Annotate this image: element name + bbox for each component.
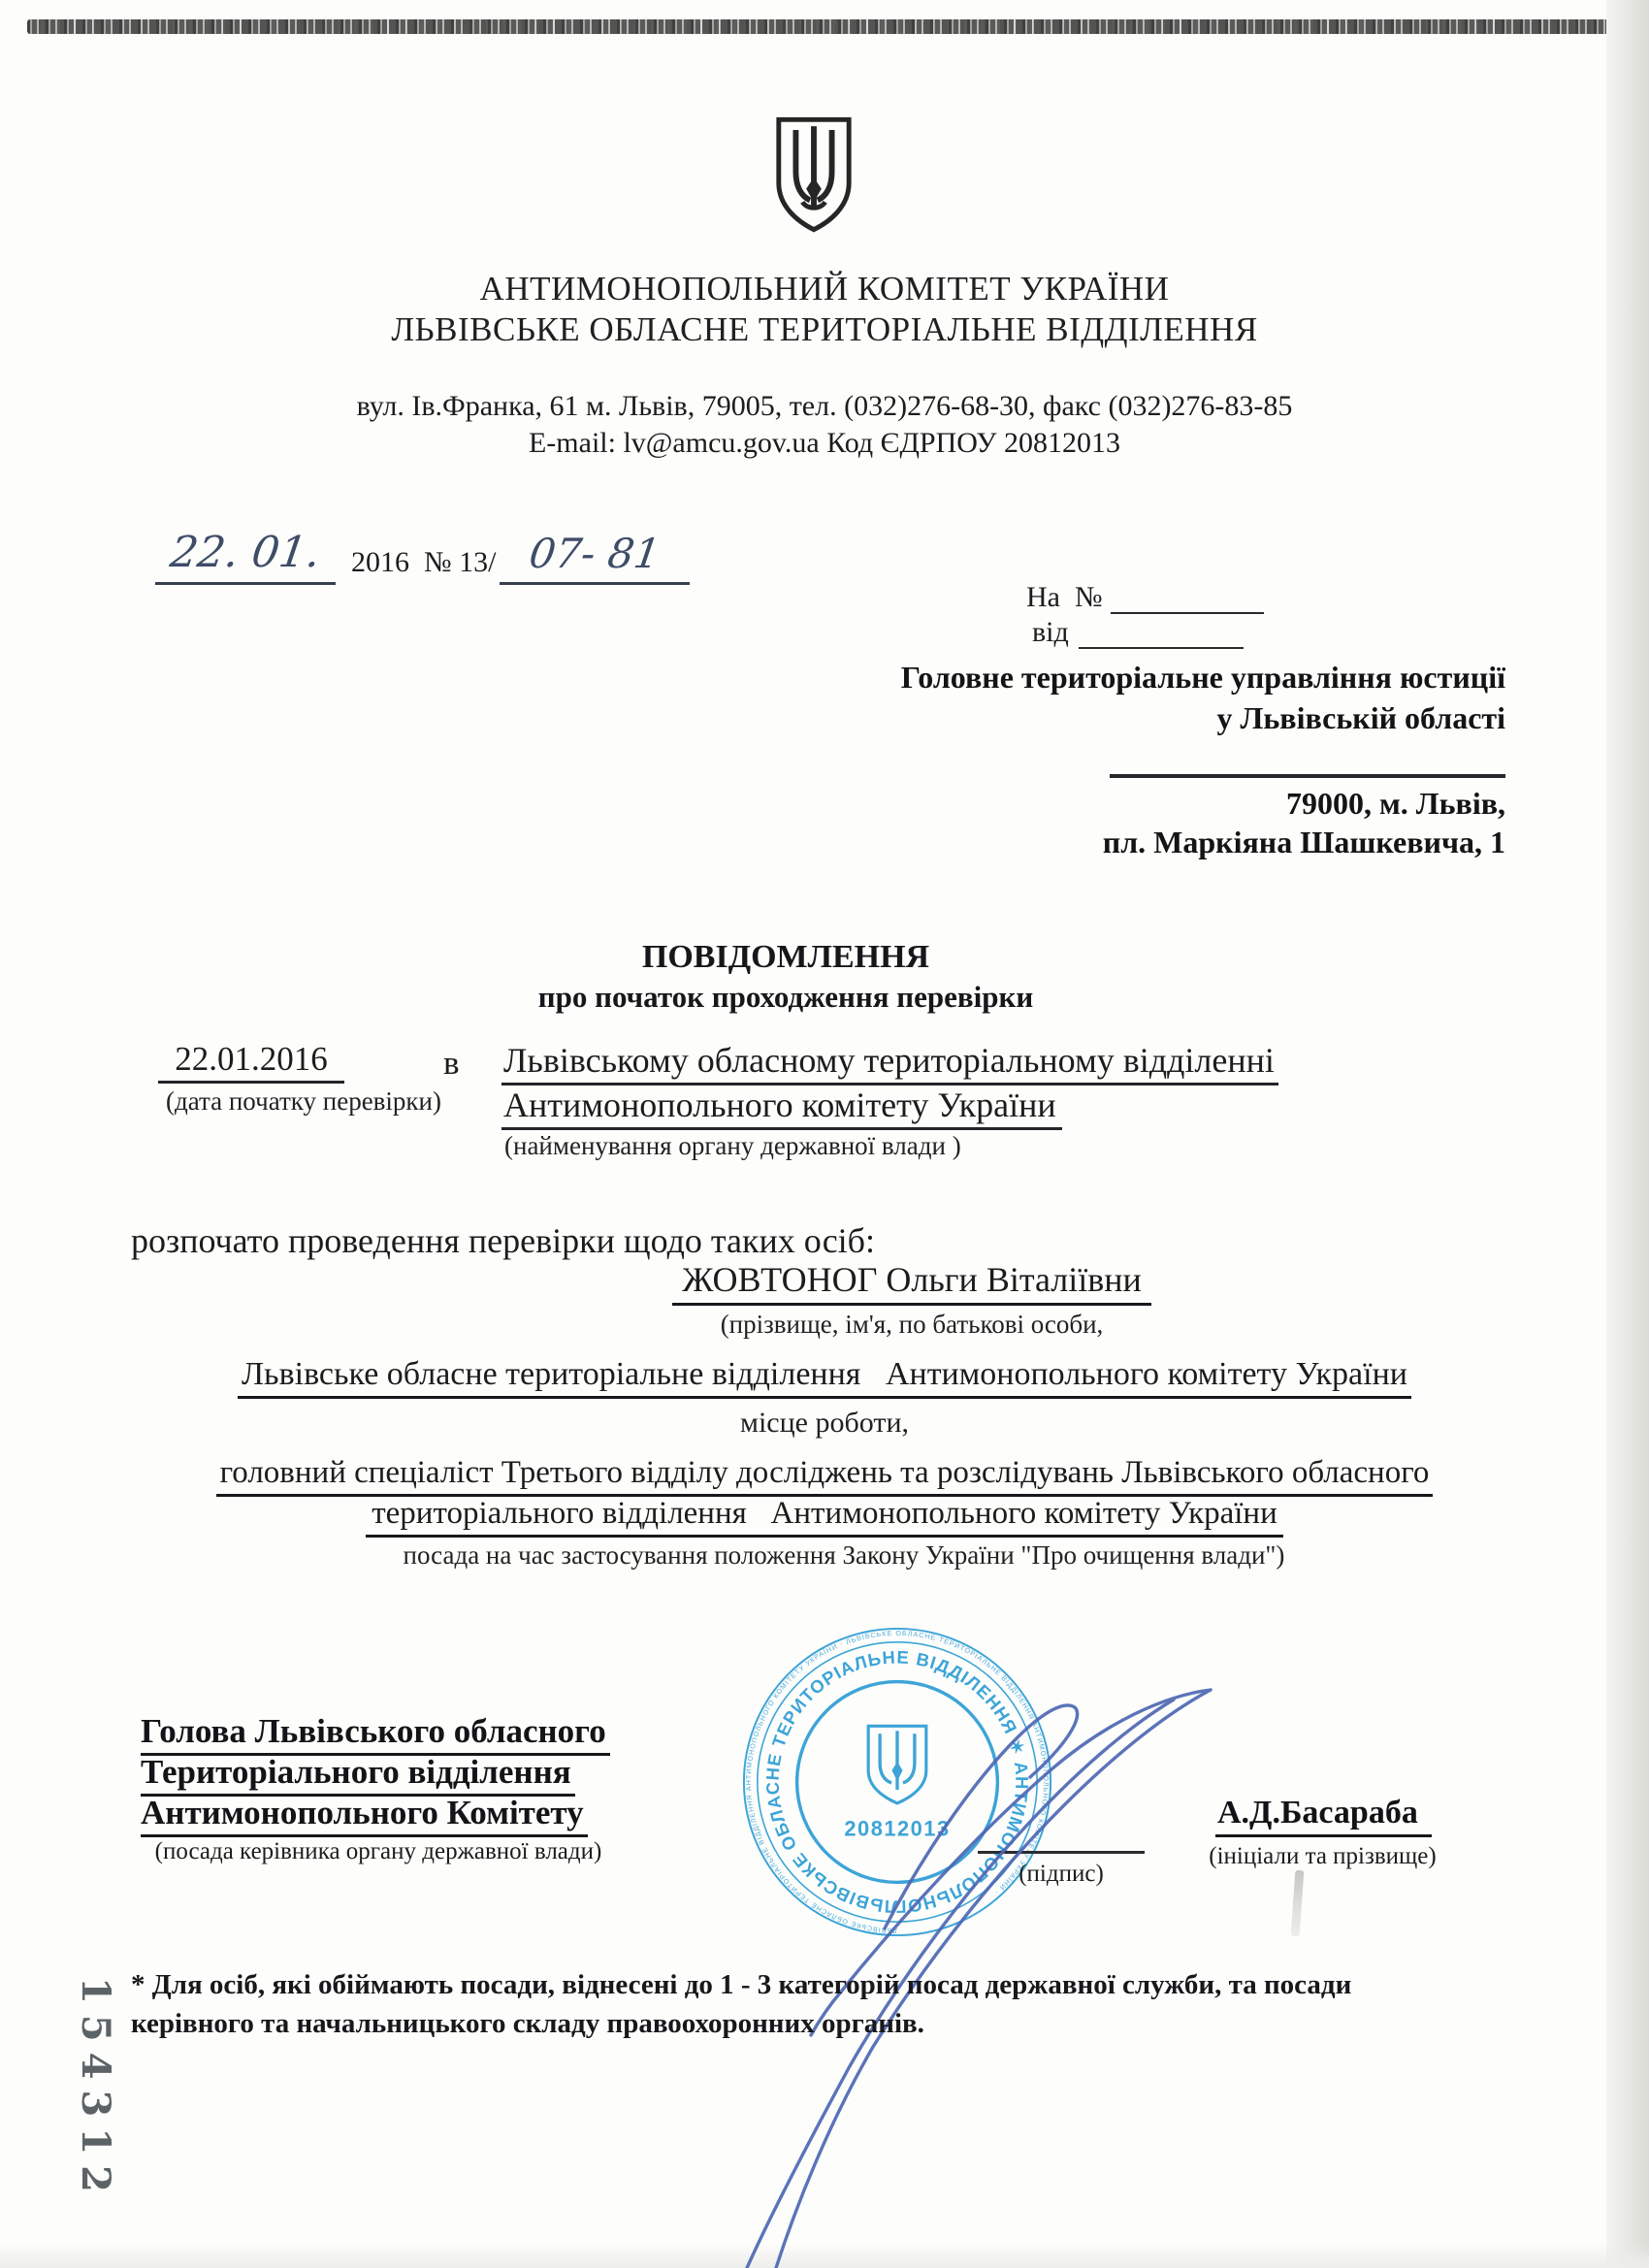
position-line1: головний спеціаліст Третього відділу дос… xyxy=(216,1455,1434,1497)
official-round-stamp: ЛЬВІВСЬКЕ ОБЛАСНЕ ТЕРИТОРІАЛЬНЕ ВІДДІЛЕН… xyxy=(733,1618,1061,1946)
caption-person: (прізвище, ім'я, по батькові особи, xyxy=(233,1310,1591,1340)
position-line1-wrap: головний спеціаліст Третього відділу дос… xyxy=(97,1455,1552,1497)
head-position-line3: Антимонопольного Комітету xyxy=(141,1794,588,1837)
caption-head-position: (посада керівника органу державної влади… xyxy=(145,1838,611,1865)
position-line2: територіального відділення Антимонопольн… xyxy=(366,1496,1283,1538)
organ-name-line2: Антимонопольного комітету України xyxy=(501,1085,1062,1130)
scan-smudge xyxy=(1291,1870,1305,1936)
caption-signer-name: (ініціали та прізвище) xyxy=(1209,1843,1437,1870)
ukraine-trident-emblem-icon xyxy=(771,114,857,235)
recipient-line4: пл. Маркіяна Шашкевича, 1 xyxy=(729,825,1505,860)
head-position-line2: Територіального відділення xyxy=(141,1753,575,1797)
outgoing-date-field: 22. 01. xyxy=(155,534,336,585)
handwritten-number: 07- 81 xyxy=(526,530,663,577)
caption-organ-name: (найменування органу державної влади ) xyxy=(504,1131,961,1161)
scan-artifact-bottom-edge xyxy=(0,2243,1649,2268)
organ-name-line1: Львівському обласному територіальному ві… xyxy=(501,1040,1278,1085)
caption-workplace: місце роботи, xyxy=(0,1407,1649,1440)
org-name-line2: ЛЬВІВСЬКЕ ОБЛАСНЕ ТЕРИТОРІАЛЬНЕ ВІДДІЛЕН… xyxy=(0,310,1649,349)
workplace: Львівське обласне територіальне відділен… xyxy=(238,1356,1411,1399)
org-name-line1: АНТИМОНОПОЛЬНИЙ КОМІТЕТ УКРАЇНИ xyxy=(0,270,1649,308)
outgoing-number-field: 07- 81 xyxy=(500,534,690,585)
footnote-line1: * Для осіб, які обіймають посади, віднес… xyxy=(131,1969,1528,2001)
stamp-edrpou-code: 20812013 xyxy=(844,1817,950,1841)
recipient-line3: 79000, м. Львів, xyxy=(729,786,1505,822)
preposition-v: в xyxy=(443,1044,460,1083)
document-subtitle: про початок проходження перевірки xyxy=(0,980,1571,1015)
outgoing-number-typed: 2016 № 13/ xyxy=(351,546,496,579)
recipient-divider xyxy=(1110,774,1505,778)
recipient-line2: у Львівській області xyxy=(729,700,1505,736)
head-position-line1-wrap: Голова Львівського обласного xyxy=(141,1712,610,1756)
head-position-line1: Голова Львівського обласного xyxy=(141,1712,610,1756)
handwritten-date: 22. 01. xyxy=(167,528,323,577)
person-name: ЖОВТОНОГ Ольги Віталіївни xyxy=(672,1259,1151,1306)
incoming-number-blank xyxy=(1111,579,1264,614)
caption-check-date: (дата початку перевірки) xyxy=(134,1086,473,1117)
document-title: ПОВІДОМЛЕННЯ xyxy=(0,939,1571,976)
head-position-line2-wrap: Територіального відділення xyxy=(141,1753,575,1797)
head-position-line3-wrap: Антимонопольного Комітету xyxy=(141,1794,588,1837)
check-start-date: 22.01.2016 xyxy=(158,1040,344,1084)
signer-name: А.Д.Басараба xyxy=(1215,1795,1432,1837)
person-name-wrap: ЖОВТОНОГ Ольги Віталіївни xyxy=(233,1259,1591,1306)
signer-name-wrap: А.Д.Басараба xyxy=(1215,1795,1432,1837)
footnote-line2: керівного та начальницького складу право… xyxy=(131,2008,1528,2040)
position-line2-wrap: територіального відділення Антимонопольн… xyxy=(97,1496,1552,1538)
scanned-document-page: АНТИМОНОПОЛЬНИЙ КОМІТЕТ УКРАЇНИ ЛЬВІВСЬК… xyxy=(0,0,1649,2268)
signature-line xyxy=(978,1851,1145,1854)
intro-text: розпочато проведення перевірки щодо таки… xyxy=(131,1220,875,1261)
org-email-line: E-mail: lv@amcu.gov.ua Код ЄДРПОУ 208120… xyxy=(0,427,1649,460)
workplace-wrap: Львівське обласне територіальне відділен… xyxy=(97,1356,1552,1399)
org-address-line: вул. Ів.Франка, 61 м. Львів, 79005, тел.… xyxy=(0,390,1649,423)
vertical-doc-number: 154312 xyxy=(73,1977,118,2203)
recipient-line1: Головне територіальне управління юстиції xyxy=(729,660,1505,696)
na-number-label: На № xyxy=(1026,581,1103,613)
vid-label: від xyxy=(1032,616,1069,648)
incoming-date-blank xyxy=(1079,614,1244,649)
caption-signature: (підпис) xyxy=(978,1861,1145,1888)
scan-artifact-top-band xyxy=(27,19,1618,34)
caption-position: посада на час застосування положення Зак… xyxy=(19,1540,1649,1571)
